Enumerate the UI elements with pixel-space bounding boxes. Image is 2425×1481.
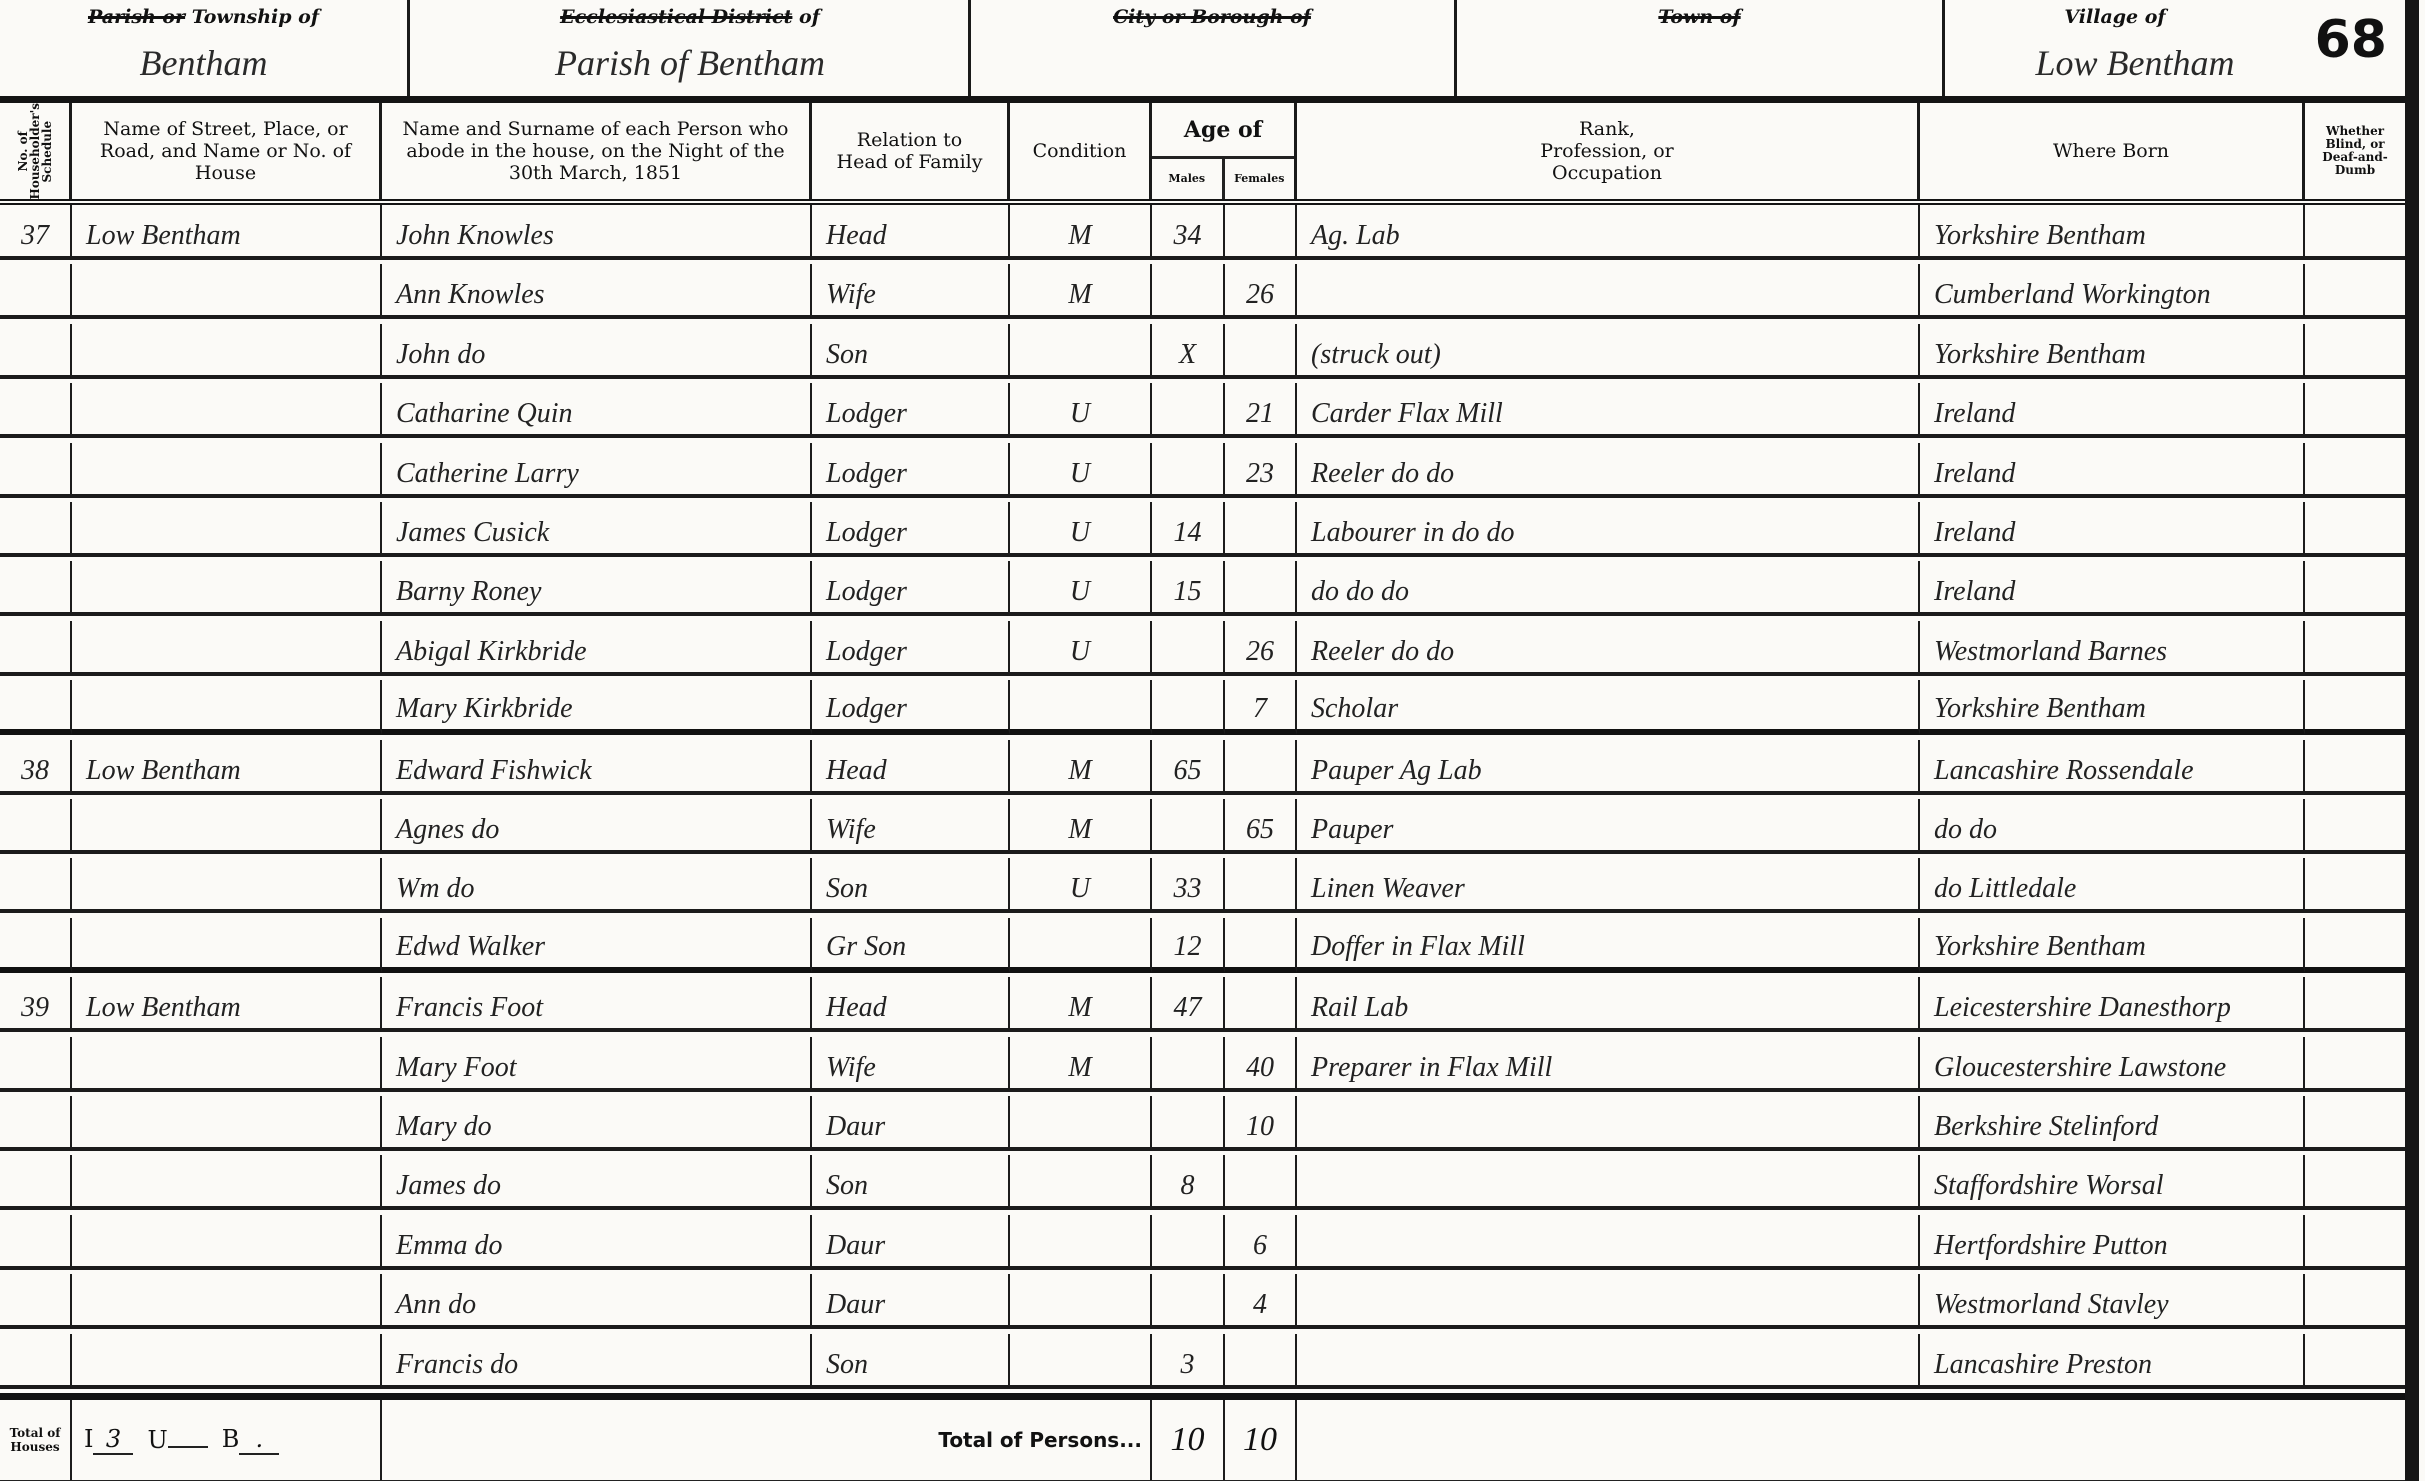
city-label-struck: City or Borough of bbox=[1113, 6, 1311, 28]
cell-occupation bbox=[1297, 1274, 1920, 1329]
cell-schedule bbox=[0, 502, 72, 557]
enumeration-header: Parish or Township of Bentham Ecclesiast… bbox=[0, 0, 2405, 103]
cell-name: Mary Foot bbox=[382, 1037, 812, 1092]
table-row: Catherine LarryLodgerU23Reeler do doIrel… bbox=[0, 443, 2405, 498]
table-row: Mary KirkbrideLodger7ScholarYorkshire Be… bbox=[0, 680, 2405, 735]
table-row: Wm doSonU33Linen Weaverdo Littledale bbox=[0, 858, 2405, 913]
cell-street bbox=[72, 1096, 382, 1151]
cell-female-age: 21 bbox=[1225, 383, 1297, 438]
cell-female-age bbox=[1225, 561, 1297, 616]
cell-name: Agnes do bbox=[382, 799, 812, 854]
cell-blind bbox=[2305, 1096, 2405, 1151]
cell-occupation: do do do bbox=[1297, 561, 1920, 616]
cell-relation: Lodger bbox=[812, 680, 1010, 735]
cell-male-age bbox=[1152, 1215, 1225, 1270]
cell-male-age: 34 bbox=[1152, 205, 1225, 260]
cell-relation: Daur bbox=[812, 1215, 1010, 1270]
cell-female-age: 10 bbox=[1225, 1096, 1297, 1151]
cell-born: Gloucestershire Lawstone bbox=[1920, 1037, 2305, 1092]
cell-condition: M bbox=[1010, 205, 1152, 260]
cell-schedule bbox=[0, 324, 72, 379]
cell-condition bbox=[1010, 680, 1152, 735]
cell-blind bbox=[2305, 205, 2405, 260]
cell-name: Mary Kirkbride bbox=[382, 680, 812, 735]
township-cell: Parish or Township of Bentham bbox=[0, 0, 410, 96]
cell-born: Yorkshire Bentham bbox=[1920, 680, 2305, 735]
cell-schedule bbox=[0, 561, 72, 616]
total-females: 10 bbox=[1225, 1400, 1297, 1480]
cell-female-age: 6 bbox=[1225, 1215, 1297, 1270]
col-street: Name of Street, Place, or Road, and Name… bbox=[72, 103, 382, 199]
cell-street bbox=[72, 680, 382, 735]
cell-occupation: Linen Weaver bbox=[1297, 858, 1920, 913]
cell-female-age bbox=[1225, 324, 1297, 379]
village-label: Village of bbox=[1945, 6, 2285, 28]
cell-occupation: Doffer in Flax Mill bbox=[1297, 918, 1920, 973]
cell-born: Lancashire Rossendale bbox=[1920, 740, 2305, 795]
cell-blind bbox=[2305, 502, 2405, 557]
cell-relation: Wife bbox=[812, 264, 1010, 319]
cell-blind bbox=[2305, 324, 2405, 379]
cell-occupation bbox=[1297, 1155, 1920, 1210]
cell-street bbox=[72, 799, 382, 854]
table-row: Abigal KirkbrideLodgerU26Reeler do doWes… bbox=[0, 621, 2405, 676]
cell-name: John Knowles bbox=[382, 205, 812, 260]
cell-male-age bbox=[1152, 1274, 1225, 1329]
cell-blind bbox=[2305, 1274, 2405, 1329]
cell-female-age bbox=[1225, 740, 1297, 795]
cell-female-age bbox=[1225, 977, 1297, 1032]
cell-condition bbox=[1010, 1096, 1152, 1151]
cell-name: Barny Roney bbox=[382, 561, 812, 616]
cell-condition: M bbox=[1010, 977, 1152, 1032]
cell-born: Yorkshire Bentham bbox=[1920, 205, 2305, 260]
ecclesiastical-label-struck: Ecclesiastical District bbox=[560, 6, 792, 28]
cell-occupation bbox=[1297, 1334, 1920, 1389]
table-row: Barny RoneyLodgerU15do do doIreland bbox=[0, 561, 2405, 616]
cell-occupation bbox=[1297, 1215, 1920, 1270]
cell-female-age: 23 bbox=[1225, 443, 1297, 498]
cell-blind bbox=[2305, 1037, 2405, 1092]
cell-occupation: Reeler do do bbox=[1297, 621, 1920, 676]
cell-male-age: 8 bbox=[1152, 1155, 1225, 1210]
cell-street bbox=[72, 918, 382, 973]
cell-street bbox=[72, 443, 382, 498]
cell-male-age bbox=[1152, 383, 1225, 438]
cell-relation: Wife bbox=[812, 1037, 1010, 1092]
cell-relation: Son bbox=[812, 858, 1010, 913]
cell-relation: Son bbox=[812, 1334, 1010, 1389]
cell-name: Edwd Walker bbox=[382, 918, 812, 973]
totals-row: Total of Houses I3 U B. Total of Persons… bbox=[0, 1393, 2405, 1481]
cell-relation: Head bbox=[812, 977, 1010, 1032]
cell-blind bbox=[2305, 1155, 2405, 1210]
cell-female-age bbox=[1225, 858, 1297, 913]
total-houses-label: Total of Houses bbox=[0, 1400, 72, 1480]
col-males: Males bbox=[1152, 159, 1225, 199]
cell-male-age bbox=[1152, 799, 1225, 854]
parish-label-struck: Parish or bbox=[88, 6, 185, 28]
cell-occupation: Labourer in do do bbox=[1297, 502, 1920, 557]
cell-relation: Gr Son bbox=[812, 918, 1010, 973]
cell-relation: Head bbox=[812, 205, 1010, 260]
cell-schedule bbox=[0, 799, 72, 854]
table-row: Catharine QuinLodgerU21Carder Flax MillI… bbox=[0, 383, 2405, 438]
table-row: Ann KnowlesWifeM26Cumberland Workington bbox=[0, 264, 2405, 319]
cell-name: Edward Fishwick bbox=[382, 740, 812, 795]
cell-relation: Lodger bbox=[812, 383, 1010, 438]
cell-schedule bbox=[0, 383, 72, 438]
cell-blind bbox=[2305, 1215, 2405, 1270]
cell-name: John do bbox=[382, 324, 812, 379]
cell-blind bbox=[2305, 977, 2405, 1032]
cell-male-age bbox=[1152, 443, 1225, 498]
cell-condition: M bbox=[1010, 1037, 1152, 1092]
cell-born: Ireland bbox=[1920, 383, 2305, 438]
cell-occupation bbox=[1297, 264, 1920, 319]
cell-name: James Cusick bbox=[382, 502, 812, 557]
cell-born: Lancashire Preston bbox=[1920, 1334, 2305, 1389]
cell-name: Wm do bbox=[382, 858, 812, 913]
table-row: Ann doDaur4Westmorland Stavley bbox=[0, 1274, 2405, 1329]
cell-schedule bbox=[0, 1215, 72, 1270]
cell-condition: U bbox=[1010, 502, 1152, 557]
cell-name: Catherine Larry bbox=[382, 443, 812, 498]
cell-male-age: 33 bbox=[1152, 858, 1225, 913]
cell-schedule bbox=[0, 858, 72, 913]
cell-condition bbox=[1010, 1155, 1152, 1210]
cell-female-age: 26 bbox=[1225, 621, 1297, 676]
cell-schedule: 39 bbox=[0, 977, 72, 1032]
cell-relation: Lodger bbox=[812, 443, 1010, 498]
cell-blind bbox=[2305, 561, 2405, 616]
cell-female-age bbox=[1225, 502, 1297, 557]
cell-street: Low Bentham bbox=[72, 205, 382, 260]
cell-female-age: 4 bbox=[1225, 1274, 1297, 1329]
col-schedule: No. of Householder's Schedule bbox=[0, 103, 72, 199]
cell-relation: Daur bbox=[812, 1274, 1010, 1329]
table-row: Agnes doWifeM65Pauperdo do bbox=[0, 799, 2405, 854]
cell-occupation: Scholar bbox=[1297, 680, 1920, 735]
cell-born: Ireland bbox=[1920, 561, 2305, 616]
cell-street bbox=[72, 1274, 382, 1329]
cell-schedule bbox=[0, 443, 72, 498]
cell-schedule: 37 bbox=[0, 205, 72, 260]
town-cell: Town of bbox=[1457, 0, 1945, 96]
uninhabited-count bbox=[168, 1446, 208, 1448]
table-row: Edwd WalkerGr Son12Doffer in Flax MillYo… bbox=[0, 918, 2405, 973]
cell-schedule: 38 bbox=[0, 740, 72, 795]
cell-name: Abigal Kirkbride bbox=[382, 621, 812, 676]
cell-male-age bbox=[1152, 1037, 1225, 1092]
table-row: James CusickLodgerU14Labourer in do doIr… bbox=[0, 502, 2405, 557]
cell-schedule bbox=[0, 680, 72, 735]
cell-male-age: 65 bbox=[1152, 740, 1225, 795]
cell-blind bbox=[2305, 443, 2405, 498]
ecclesiastical-value: Parish of Bentham bbox=[410, 42, 970, 84]
cell-occupation: Pauper Ag Lab bbox=[1297, 740, 1920, 795]
cell-condition: U bbox=[1010, 561, 1152, 616]
cell-schedule bbox=[0, 621, 72, 676]
cell-born: Hertfordshire Putton bbox=[1920, 1215, 2305, 1270]
cell-male-age bbox=[1152, 264, 1225, 319]
age-label: Age of bbox=[1152, 103, 1294, 159]
cell-schedule bbox=[0, 918, 72, 973]
village-value: Low Bentham bbox=[1945, 42, 2325, 84]
cell-born: Ireland bbox=[1920, 502, 2305, 557]
cell-condition: M bbox=[1010, 799, 1152, 854]
cell-born: do do bbox=[1920, 799, 2305, 854]
table-row: 39Low BenthamFrancis FootHeadM47Rail Lab… bbox=[0, 977, 2405, 1032]
cell-condition: M bbox=[1010, 740, 1152, 795]
cell-name: James do bbox=[382, 1155, 812, 1210]
cell-male-age: 15 bbox=[1152, 561, 1225, 616]
cell-male-age bbox=[1152, 680, 1225, 735]
cell-born: Westmorland Barnes bbox=[1920, 621, 2305, 676]
cell-blind bbox=[2305, 680, 2405, 735]
cell-female-age bbox=[1225, 205, 1297, 260]
cell-blind bbox=[2305, 799, 2405, 854]
house-totals: I3 U B. bbox=[72, 1400, 382, 1480]
cell-street bbox=[72, 1215, 382, 1270]
cell-blind bbox=[2305, 621, 2405, 676]
cell-condition bbox=[1010, 1274, 1152, 1329]
cell-condition: U bbox=[1010, 621, 1152, 676]
cell-female-age bbox=[1225, 918, 1297, 973]
cell-relation: Head bbox=[812, 740, 1010, 795]
township-label: Township of bbox=[192, 6, 319, 28]
cell-female-age bbox=[1225, 1334, 1297, 1389]
cell-blind bbox=[2305, 383, 2405, 438]
cell-street: Low Bentham bbox=[72, 977, 382, 1032]
cell-street bbox=[72, 264, 382, 319]
cell-occupation: Ag. Lab bbox=[1297, 205, 1920, 260]
cell-blind bbox=[2305, 264, 2405, 319]
cell-female-age bbox=[1225, 1155, 1297, 1210]
total-males: 10 bbox=[1152, 1400, 1225, 1480]
cell-female-age: 26 bbox=[1225, 264, 1297, 319]
cell-schedule bbox=[0, 1334, 72, 1389]
cell-name: Francis Foot bbox=[382, 977, 812, 1032]
cell-born: Yorkshire Bentham bbox=[1920, 918, 2305, 973]
ecclesiastical-cell: Ecclesiastical District of Parish of Ben… bbox=[410, 0, 1457, 96]
cell-born: Yorkshire Bentham bbox=[1920, 324, 2305, 379]
cell-female-age: 7 bbox=[1225, 680, 1297, 735]
col-born: Where Born bbox=[1920, 103, 2305, 199]
cell-occupation: Preparer in Flax Mill bbox=[1297, 1037, 1920, 1092]
ecclesiastical-label: of bbox=[799, 6, 820, 28]
col-condition: Condition bbox=[1010, 103, 1152, 199]
cell-condition bbox=[1010, 324, 1152, 379]
cell-occupation bbox=[1297, 1096, 1920, 1151]
table-row: Mary doDaur10Berkshire Stelinford bbox=[0, 1096, 2405, 1151]
cell-name: Francis do bbox=[382, 1334, 812, 1389]
cell-condition bbox=[1010, 1334, 1152, 1389]
cell-condition: U bbox=[1010, 443, 1152, 498]
cell-male-age bbox=[1152, 621, 1225, 676]
cell-street bbox=[72, 324, 382, 379]
cell-name: Mary do bbox=[382, 1096, 812, 1151]
cell-male-age bbox=[1152, 1096, 1225, 1151]
cell-schedule bbox=[0, 1155, 72, 1210]
cell-street bbox=[72, 502, 382, 557]
col-relation: Relation to Head of Family bbox=[812, 103, 1010, 199]
inhabited-count: 3 bbox=[93, 1425, 133, 1455]
cell-born: Ireland bbox=[1920, 443, 2305, 498]
cell-blind bbox=[2305, 858, 2405, 913]
cell-street bbox=[72, 1334, 382, 1389]
cell-occupation: Pauper bbox=[1297, 799, 1920, 854]
cell-relation: Son bbox=[812, 324, 1010, 379]
township-value: Bentham bbox=[0, 42, 407, 84]
cell-relation: Son bbox=[812, 1155, 1010, 1210]
divider bbox=[968, 0, 971, 96]
cell-street bbox=[72, 1037, 382, 1092]
cell-male-age: 47 bbox=[1152, 977, 1225, 1032]
table-row: Emma doDaur6Hertfordshire Putton bbox=[0, 1215, 2405, 1270]
cell-relation: Daur bbox=[812, 1096, 1010, 1151]
cell-condition: M bbox=[1010, 264, 1152, 319]
cell-schedule bbox=[0, 1274, 72, 1329]
table-row: John doSonX(struck out)Yorkshire Bentham bbox=[0, 324, 2405, 379]
table-row: Mary FootWifeM40Preparer in Flax MillGlo… bbox=[0, 1037, 2405, 1092]
cell-male-age: 12 bbox=[1152, 918, 1225, 973]
table-row: Francis doSon3Lancashire Preston bbox=[0, 1334, 2405, 1389]
cell-relation: Lodger bbox=[812, 561, 1010, 616]
cell-occupation: Rail Lab bbox=[1297, 977, 1920, 1032]
page-number: 68 bbox=[2315, 10, 2387, 70]
cell-condition: U bbox=[1010, 383, 1152, 438]
table-row: 38Low BenthamEdward FishwickHeadM65Paupe… bbox=[0, 740, 2405, 795]
col-age: Age of MalesFemales bbox=[1152, 103, 1297, 199]
village-cell: Village of Low Bentham 68 bbox=[1945, 0, 2405, 96]
cell-born: Cumberland Workington bbox=[1920, 264, 2305, 319]
col-occupation: Rank, Profession, or Occupation bbox=[1297, 103, 1920, 199]
cell-condition bbox=[1010, 1215, 1152, 1270]
cell-blind bbox=[2305, 1334, 2405, 1389]
col-name: Name and Surname of each Person who abod… bbox=[382, 103, 812, 199]
cell-name: Emma do bbox=[382, 1215, 812, 1270]
census-page: Parish or Township of Bentham Ecclesiast… bbox=[0, 0, 2425, 1481]
page-edge bbox=[2405, 0, 2419, 1481]
cell-born: Berkshire Stelinford bbox=[1920, 1096, 2305, 1151]
cell-street bbox=[72, 561, 382, 616]
cell-occupation: Carder Flax Mill bbox=[1297, 383, 1920, 438]
column-header-row: No. of Householder's Schedule Name of St… bbox=[0, 103, 2405, 205]
cell-blind bbox=[2305, 918, 2405, 973]
cell-female-age: 40 bbox=[1225, 1037, 1297, 1092]
cell-male-age: X bbox=[1152, 324, 1225, 379]
table-row: James doSon8Staffordshire Worsal bbox=[0, 1155, 2405, 1210]
total-persons-label: Total of Persons... bbox=[382, 1400, 1152, 1480]
cell-born: Leicestershire Danesthorp bbox=[1920, 977, 2305, 1032]
cell-relation: Lodger bbox=[812, 621, 1010, 676]
cell-street bbox=[72, 858, 382, 913]
cell-blind bbox=[2305, 740, 2405, 795]
cell-female-age: 65 bbox=[1225, 799, 1297, 854]
col-blind: Whether Blind, or Deaf-and-Dumb bbox=[2305, 103, 2405, 199]
town-label-struck: Town of bbox=[1658, 6, 1740, 28]
table-row: 37Low BenthamJohn KnowlesHeadM34Ag. LabY… bbox=[0, 205, 2405, 260]
cell-born: do Littledale bbox=[1920, 858, 2305, 913]
building-count: . bbox=[239, 1425, 279, 1455]
col-females: Females bbox=[1225, 159, 1295, 199]
cell-street bbox=[72, 1155, 382, 1210]
cell-occupation: Reeler do do bbox=[1297, 443, 1920, 498]
cell-street bbox=[72, 621, 382, 676]
cell-street: Low Bentham bbox=[72, 740, 382, 795]
cell-relation: Lodger bbox=[812, 502, 1010, 557]
cell-schedule bbox=[0, 1096, 72, 1151]
cell-name: Ann do bbox=[382, 1274, 812, 1329]
cell-occupation: (struck out) bbox=[1297, 324, 1920, 379]
cell-schedule bbox=[0, 264, 72, 319]
cell-condition bbox=[1010, 918, 1152, 973]
cell-condition: U bbox=[1010, 858, 1152, 913]
cell-relation: Wife bbox=[812, 799, 1010, 854]
cell-street bbox=[72, 383, 382, 438]
cell-born: Westmorland Stavley bbox=[1920, 1274, 2305, 1329]
cell-male-age: 14 bbox=[1152, 502, 1225, 557]
cell-born: Staffordshire Worsal bbox=[1920, 1155, 2305, 1210]
cell-male-age: 3 bbox=[1152, 1334, 1225, 1389]
cell-name: Catharine Quin bbox=[382, 383, 812, 438]
cell-schedule bbox=[0, 1037, 72, 1092]
cell-name: Ann Knowles bbox=[382, 264, 812, 319]
